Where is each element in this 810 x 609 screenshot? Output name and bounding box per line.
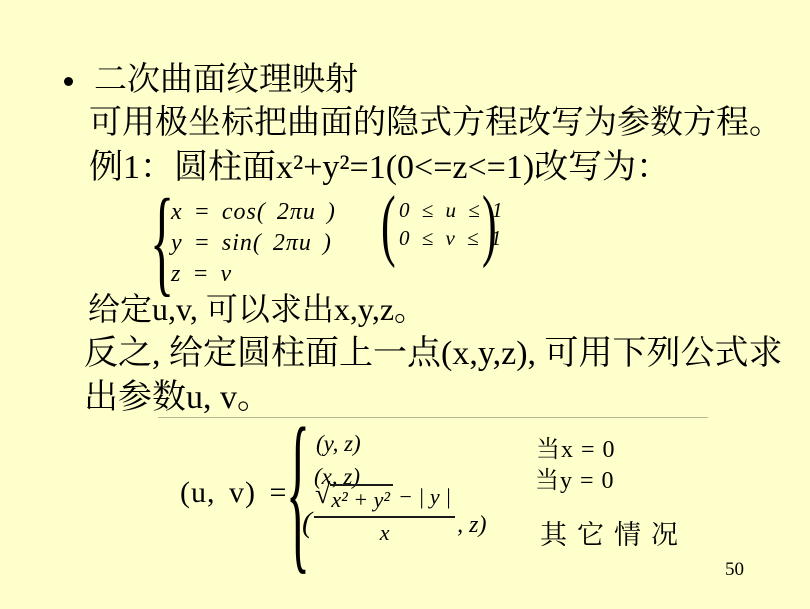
- bullet-dot-icon: [64, 77, 73, 86]
- case-condition-y0: 当y = 0: [535, 460, 615, 495]
- equation-rows: x = cos( 2πu ) y = sin( 2πu ) z = v: [171, 197, 336, 290]
- fraction-numerator: √x² + y²− | y |: [314, 484, 455, 518]
- case-condition-other: 其它情况: [540, 513, 688, 552]
- case-condition-x0: 当x = 0: [536, 429, 616, 464]
- body-line-example: 例1：圆柱面x²+y²=1(0<=z<=1)改写为：: [89, 148, 670, 189]
- equation-row-x: x = cos( 2πu ): [171, 197, 336, 228]
- case-expr-fraction: ( √x² + y²− | y | x , z): [302, 484, 487, 546]
- case-expr-yz: (y, z): [316, 431, 361, 457]
- uv-case-formula-image: (u, v) = { (y, z) (x, z) ( √x² + y²− | y…: [158, 417, 708, 560]
- body-line-given-uv: 给定u,v, 可以求出x,y,z。: [88, 290, 426, 328]
- fraction-open-paren: (: [302, 506, 312, 540]
- slide-title: 二次曲面纹理映射: [94, 61, 358, 101]
- page-number: 50: [725, 559, 744, 581]
- uv-lhs: (u, v) =: [180, 476, 287, 510]
- equation-row-z: z = v: [171, 259, 336, 290]
- sqrt-icon: √: [315, 481, 330, 509]
- constraint-close-paren: ): [482, 194, 497, 256]
- body-line-inverse-1: 反之, 给定圆柱面上一点(x,y,z), 可用下列公式求: [84, 334, 783, 375]
- body-line-intro: 可用极坐标把曲面的隐式方程改写为参数方程。: [89, 104, 782, 144]
- fraction: √x² + y²− | y | x: [314, 484, 455, 546]
- body-line-inverse-2: 出参数u, v。: [84, 378, 271, 419]
- fraction-close-paren: , z): [457, 512, 486, 539]
- slide-canvas: 二次曲面纹理映射 可用极坐标把曲面的隐式方程改写为参数方程。 例1：圆柱面x²+…: [0, 0, 810, 609]
- fraction-denominator: x: [380, 518, 390, 546]
- equation-row-y: y = sin( 2πu ): [171, 228, 336, 259]
- sqrt-radicand: x² + y²: [330, 484, 393, 513]
- constraint-open-paren: (: [381, 194, 396, 256]
- minus-abs-y: − | y |: [393, 484, 451, 510]
